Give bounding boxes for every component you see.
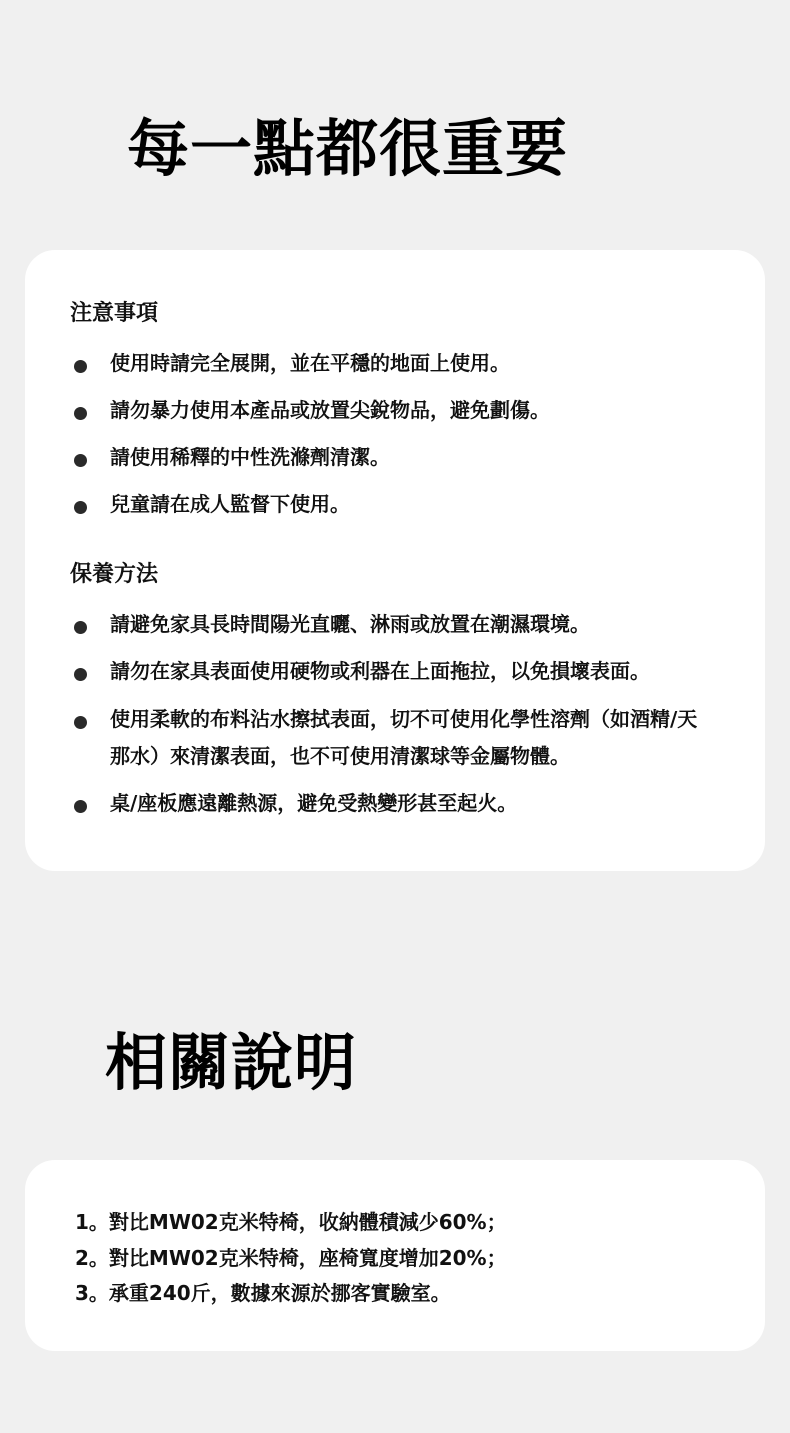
page-title-importance: 每一點都很重要	[127, 118, 568, 180]
list-item-text: 請勿暴力使用本產品或放置尖銳物品，避免劃傷。	[110, 392, 550, 429]
heading-maintenance: 保養方法	[70, 564, 158, 586]
list-item-text: 兒童請在成人監督下使用。	[110, 486, 350, 523]
note-line: 2。對比MW02克米特椅，座椅寬度增加20%；	[75, 1248, 507, 1268]
heading-precautions: 注意事項	[70, 303, 158, 325]
page: 每一點都很重要 注意事項 使用時請完全展開，並在平穩的地面上使用。 請勿暴力使用…	[0, 0, 790, 1433]
list-item: 請勿在家具表面使用硬物或利器在上面拖拉，以免損壞表面。	[70, 663, 735, 690]
list-item: 兒童請在成人監督下使用。	[70, 496, 735, 523]
list-item-text: 請避免家具長時間陽光直曬、淋雨或放置在潮濕環境。	[110, 606, 590, 643]
bullet-icon	[74, 668, 87, 681]
note-line: 1。對比MW02克米特椅，收納體積減少60%；	[75, 1212, 507, 1232]
list-item-text: 請勿在家具表面使用硬物或利器在上面拖拉，以免損壞表面。	[110, 653, 650, 690]
bullet-icon	[74, 360, 87, 373]
list-item: 使用時請完全展開，並在平穩的地面上使用。	[70, 355, 735, 382]
bullet-icon	[74, 800, 87, 813]
list-item-text: 請使用稀釋的中性洗滌劑清潔。	[110, 439, 390, 476]
care-instructions-card: 注意事項 使用時請完全展開，並在平穩的地面上使用。 請勿暴力使用本產品或放置尖銳…	[25, 250, 765, 871]
list-item-text: 使用時請完全展開，並在平穩的地面上使用。	[110, 345, 510, 382]
list-item-text: 使用柔軟的布料沾水擦拭表面，切不可使用化學性溶劑（如酒精/天那水）來清潔表面，也…	[110, 701, 710, 775]
note-line: 3。承重240斤，數據來源於挪客實驗室。	[75, 1283, 451, 1303]
list-item: 請勿暴力使用本產品或放置尖銳物品，避免劃傷。	[70, 402, 735, 429]
bullet-icon	[74, 407, 87, 420]
list-item: 請避免家具長時間陽光直曬、淋雨或放置在潮濕環境。	[70, 616, 735, 643]
page-title-related-info: 相關說明	[105, 1032, 357, 1094]
bullet-icon	[74, 454, 87, 467]
list-item-text: 桌/座板應遠離熱源，避免受熱變形甚至起火。	[110, 785, 517, 822]
list-item: 請使用稀釋的中性洗滌劑清潔。	[70, 449, 735, 476]
bullet-icon	[74, 716, 87, 729]
list-item: 使用柔軟的布料沾水擦拭表面，切不可使用化學性溶劑（如酒精/天那水）來清潔表面，也…	[70, 711, 735, 775]
related-info-card: 1。對比MW02克米特椅，收納體積減少60%； 2。對比MW02克米特椅，座椅寬…	[25, 1160, 765, 1351]
bullet-icon	[74, 621, 87, 634]
bullet-icon	[74, 501, 87, 514]
list-item: 桌/座板應遠離熱源，避免受熱變形甚至起火。	[70, 795, 735, 822]
